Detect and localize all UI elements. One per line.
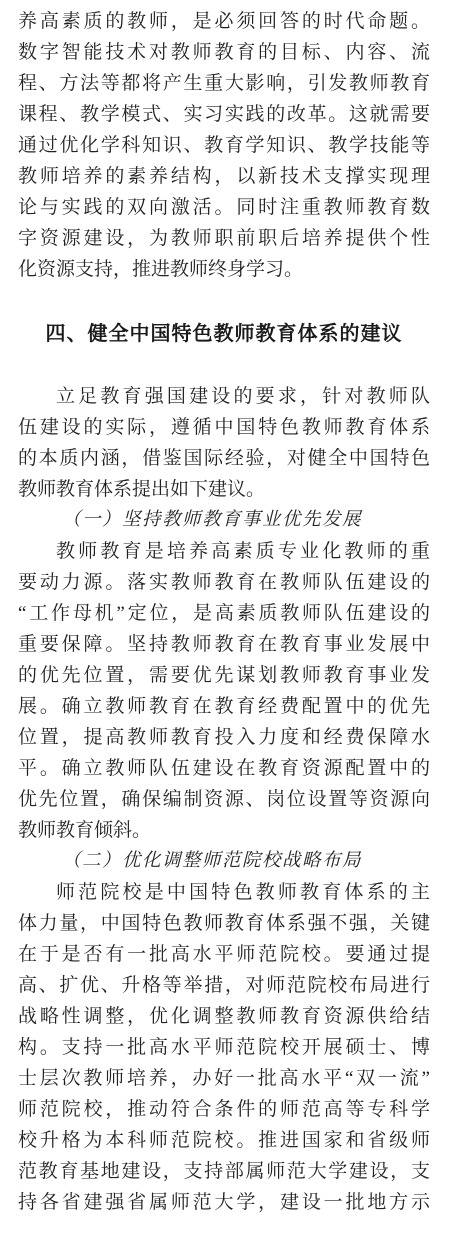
- text-line: 校升格为本科师范院校。推进国家和省级师: [18, 1125, 430, 1156]
- text-line: 构。支持一批高水平师范院校开展硕士、博: [18, 1032, 430, 1063]
- text-column: 养高素质的教师，是必须回答的时代命题。 数字智能技术对教师教育的目标、内容、流 …: [0, 0, 449, 1218]
- text-line: 程、方法等都将产生重大影响，引发教师教育: [18, 68, 430, 99]
- text-line: 课程、教学模式、实习实践的改革。这就需要: [18, 99, 430, 130]
- text-line: 重要保障。坚持教师教育在教育事业发展中: [18, 629, 430, 660]
- text-line: 养高素质的教师，是必须回答的时代命题。: [18, 6, 430, 37]
- text-line: 范教育基地建设，支持部属师范大学建设，支: [18, 1156, 430, 1187]
- paragraph-2: 师范院校是中国特色教师教育体系的主 体力量，中国特色教师教育体系强不强，关键 在…: [18, 877, 430, 1218]
- text-line: 伍建设的实际，遵循中国特色教师教育体系: [18, 412, 430, 443]
- paragraph-continuation: 养高素质的教师，是必须回答的时代命题。 数字智能技术对教师教育的目标、内容、流 …: [18, 6, 430, 285]
- text-line: 教师培养的素养结构，以新技术支撑实现理: [18, 161, 430, 192]
- text-line: 要动力源。落实教师教育在教师队伍建设的: [18, 567, 430, 598]
- text-line: 立足教育强国建设的要求，针对教师队: [18, 381, 430, 412]
- text-line: 展。确立教师教育在教育经费配置中的优先: [18, 691, 430, 722]
- paragraph-1: 教师教育是培养高素质专业化教师的重 要动力源。落实教师教育在教师队伍建设的 “工…: [18, 536, 430, 846]
- text-line: 在于是否有一批高水平师范院校。要通过提: [18, 939, 430, 970]
- text-line: 体力量，中国特色教师教育体系强不强，关键: [18, 908, 430, 939]
- text-line: 教师教育体系提出如下建议。: [18, 474, 430, 505]
- paragraph-intro: 立足教育强国建设的要求，针对教师队 伍建设的实际，遵循中国特色教师教育体系 的本…: [18, 381, 430, 505]
- text-line: 战略性调整，优化调整教师教育资源供给结: [18, 1001, 430, 1032]
- text-line: 持各省建强省属师范大学，建设一批地方示: [18, 1187, 430, 1218]
- section-heading: 四、健全中国特色教师教育体系的建议: [18, 319, 430, 350]
- text-line: 教师教育是培养高素质专业化教师的重: [18, 536, 430, 567]
- text-line: 字资源建设，为教师职前职后培养提供个性: [18, 223, 430, 254]
- text-line: 位置，提高教师教育投入力度和经费保障水: [18, 722, 430, 753]
- text-line: 的本质内涵，借鉴国际经验，对健全中国特色: [18, 443, 430, 474]
- text-line: 通过优化学科知识、教育学知识、教学技能等: [18, 130, 430, 161]
- text-line: 师范院校是中国特色教师教育体系的主: [18, 877, 430, 908]
- text-line: 教师教育倾斜。: [18, 815, 430, 846]
- text-line: 数字智能技术对教师教育的目标、内容、流: [18, 37, 430, 68]
- text-line: 的优先位置，需要优先谋划教师教育事业发: [18, 660, 430, 691]
- text-line: 高、扩优、升格等举措，对师范院校布局进行: [18, 970, 430, 1001]
- text-line: 师范院校，推动符合条件的师范高等专科学: [18, 1094, 430, 1125]
- subsection-heading-1: （一）坚持教师教育事业优先发展: [18, 505, 430, 536]
- subsection-heading-2: （二）优化调整师范院校战略布局: [18, 846, 430, 877]
- text-line: 优先位置，确保编制资源、岗位设置等资源向: [18, 784, 430, 815]
- text-line: 化资源支持，推进教师终身学习。: [18, 254, 430, 285]
- text-line: 平。确立教师队伍建设在教育资源配置中的: [18, 753, 430, 784]
- text-line: 士层次教师培养，办好一批高水平“双一流”: [18, 1063, 430, 1094]
- text-line: “工作母机”定位，是高素质教师队伍建设的: [18, 598, 430, 629]
- article-page: 养高素质的教师，是必须回答的时代命题。 数字智能技术对教师教育的目标、内容、流 …: [0, 0, 449, 1238]
- text-line: 论与实践的双向激活。同时注重教师教育数: [18, 192, 430, 223]
